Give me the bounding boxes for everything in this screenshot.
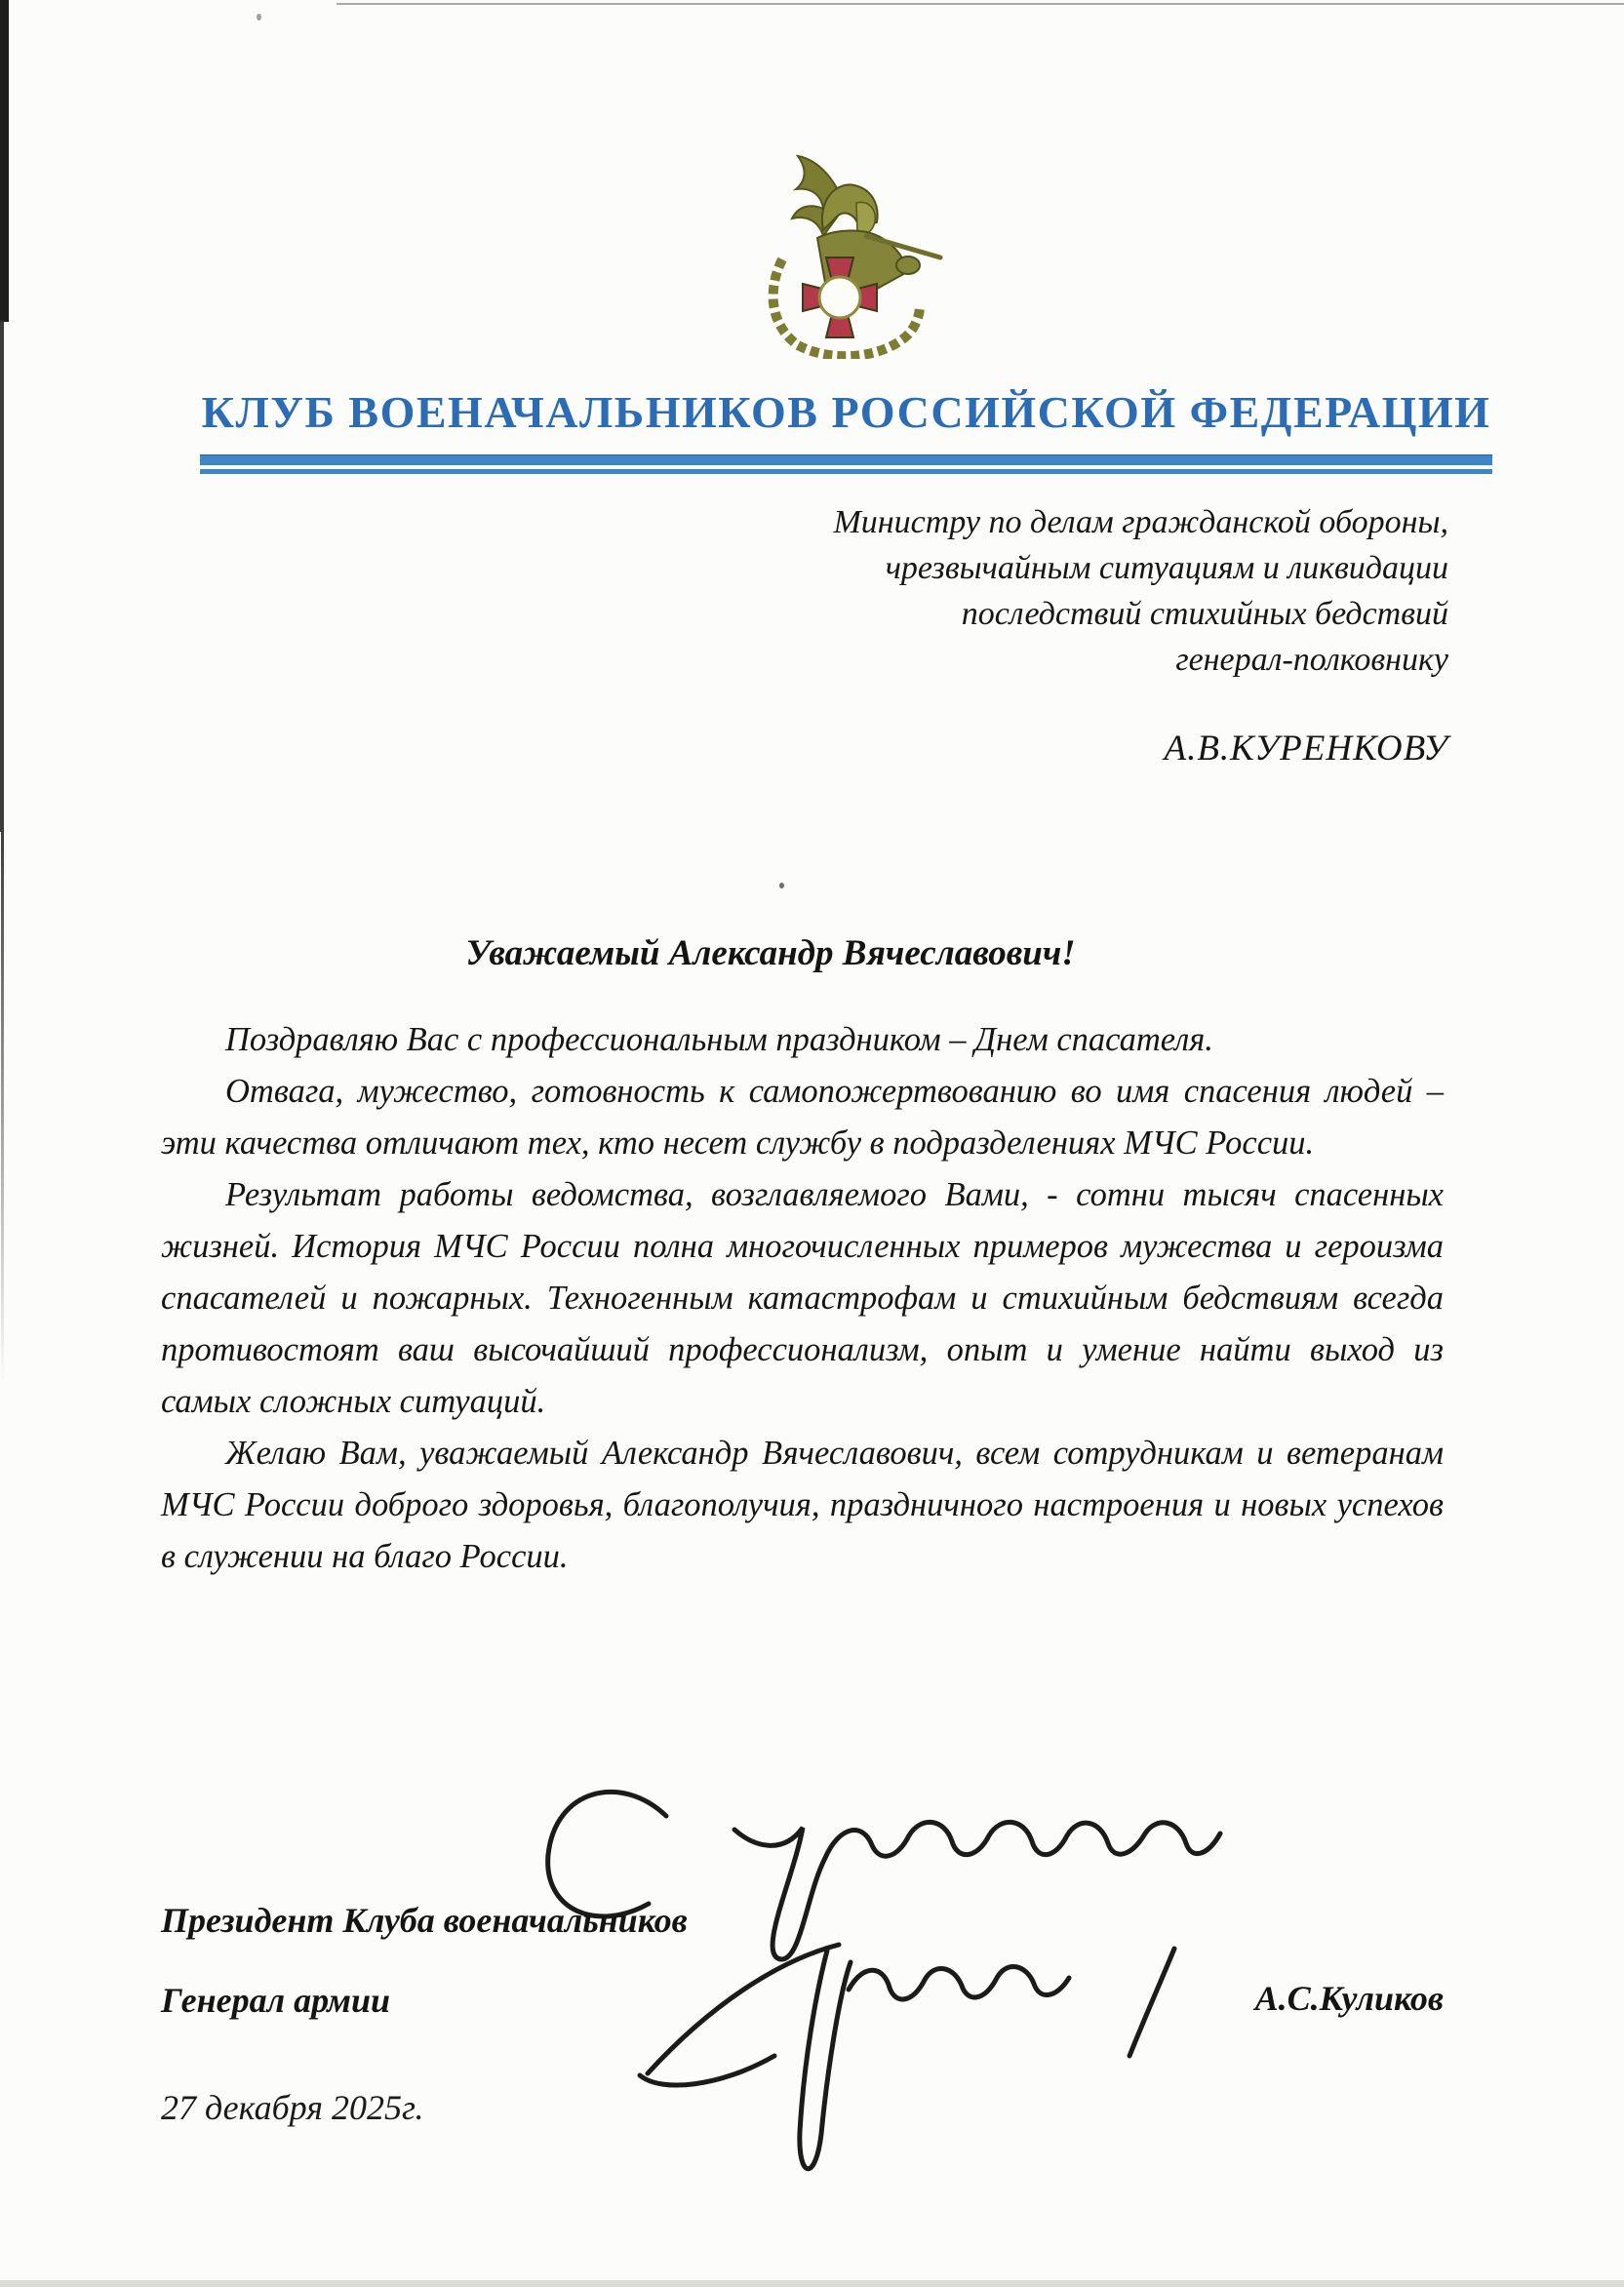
scan-speck bbox=[779, 883, 784, 888]
emblem-wreath-left bbox=[773, 259, 798, 345]
scan-edge-artifact bbox=[1, 829, 4, 1385]
handwritten-signature bbox=[583, 1927, 1208, 2200]
body-paragraph: Отвага, мужество, готовность к самопожер… bbox=[161, 1066, 1444, 1169]
emblem-hand bbox=[896, 256, 920, 274]
addressee-line: Министру по делам гражданской обороны, bbox=[532, 499, 1448, 545]
emblem-wreath-right bbox=[798, 308, 920, 356]
letterhead-rule bbox=[200, 454, 1492, 474]
scan-edge-artifact bbox=[0, 320, 4, 832]
signer-name: А.С.Куликов bbox=[1255, 1978, 1444, 2019]
signer-position-title: Президент Клуба военачальников bbox=[161, 1900, 688, 1941]
body-paragraph: Желаю Вам, уважаемый Александр Вячеславо… bbox=[161, 1428, 1444, 1583]
letterhead-rule-thin bbox=[200, 469, 1492, 474]
scan-edge-artifact bbox=[0, 2280, 1624, 2287]
addressee-line: генерал-полковнику bbox=[532, 637, 1448, 683]
body-paragraph: Результат работы ведомства, возглавляемо… bbox=[161, 1169, 1444, 1428]
letter-date: 27 декабря 2025г. bbox=[161, 2087, 424, 2128]
scan-edge-artifact bbox=[0, 0, 9, 322]
body-paragraph: Поздравляю Вас с профессиональным праздн… bbox=[161, 1014, 1444, 1066]
letter-body: Поздравляю Вас с профессиональным праздн… bbox=[161, 1014, 1444, 1583]
club-emblem-icon bbox=[749, 144, 946, 359]
addressee-block: Министру по делам гражданской обороны, ч… bbox=[532, 499, 1448, 771]
addressee-name: А.В.КУРЕНКОВУ bbox=[532, 726, 1448, 771]
addressee-line: последствий стихийных бедствий bbox=[532, 591, 1448, 637]
addressee-line: чрезвычайным ситуациям и ликвидации bbox=[532, 545, 1448, 591]
scan-speck bbox=[257, 14, 261, 20]
letterhead-rule-thick bbox=[200, 454, 1492, 465]
scan-edge-artifact bbox=[337, 3, 1624, 5]
salutation: Уважаемый Александр Вячеславович! bbox=[117, 932, 1424, 974]
scanned-letter-page: КЛУБ ВОЕНАЧАЛЬНИКОВ РОССИЙСКОЙ ФЕДЕРАЦИИ… bbox=[0, 0, 1624, 2287]
signer-rank: Генерал армии bbox=[161, 1980, 390, 2021]
org-title: КЛУБ ВОЕНАЧАЛЬНИКОВ РОССИЙСКОЙ ФЕДЕРАЦИИ bbox=[200, 388, 1492, 437]
emblem-center-medallion bbox=[819, 277, 860, 318]
